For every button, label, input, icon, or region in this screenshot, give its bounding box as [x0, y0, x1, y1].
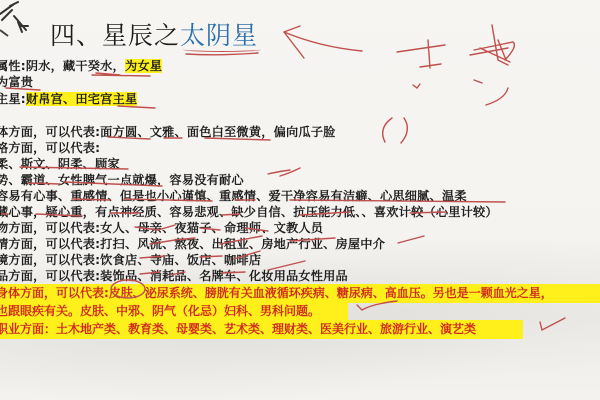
bamboo-decoration-icon	[0, 0, 40, 45]
text-line-traits-3: 容易有心事、重感情、但是也小心谨慎、重感情、爱干净容易有洁癖、心思细腻、温柔	[0, 188, 467, 204]
line-text: 属性:阴水，藏干癸水，	[0, 59, 125, 73]
highlight-band-health: 身体方面，可以代表:皮肤、泌尿系统、膀胱有关血液循环疾病、糖尿病、高血压。另也是…	[0, 284, 600, 303]
line-text: 品方面，可以代表:装饰品、消耗品、名牌车、化妆用品女性用品	[0, 269, 348, 283]
line-text: 藏心事，疑心重，有点神经质、容易悲观、缺少自信、抗压能力低、、喜欢计较（心里计较…	[0, 205, 498, 219]
text-line-traits-1: 柔、斯文、阴柔、顾家	[0, 156, 120, 172]
health-text: 身体方面，可以代表:皮肤、泌尿系统、膀胱有关血液循环疾病、糖尿病、高血压。另也是…	[0, 284, 600, 303]
text-line-traits-2: 势、霸道、女性脾气一点就爆，容易没有耐心	[0, 172, 244, 188]
title-prefix: 四、星辰之	[50, 21, 180, 50]
text-line-environment: 境方面，可以代表:饮食店、寺庙、饭店、咖啡店	[0, 252, 261, 268]
line-text: 势、霸道、女性脾气一点就爆，容易没有耐心	[0, 173, 244, 187]
text-line-objects: 品方面，可以代表:装饰品、消耗品、名牌车、化妆用品女性用品	[0, 268, 348, 284]
line-text: 为富贵	[0, 75, 33, 89]
line-text: 境方面，可以代表:饮食店、寺庙、饭店、咖啡店	[0, 253, 261, 267]
line-text: 格方面，可以代表:	[0, 141, 100, 155]
text-line-personality: 格方面，可以代表:	[0, 140, 100, 156]
text-line-traits-4: 藏心事，疑心重，有点神经质、容易悲观、缺少自信、抗压能力低、、喜欢计较（心里计较…	[0, 204, 498, 220]
text-line-affairs: 情方面，可以代表:打扫、风流、熬夜、出租业、房地产行业、房屋中介	[0, 236, 385, 252]
eye-text: 也跟眼疾有关。皮肤、中邪、阴气（化忌）妇科、男科问题。	[0, 302, 348, 321]
highlight-band-eye: 也跟眼疾有关。皮肤、中邪、阴气（化忌）妇科、男科问题。	[0, 302, 348, 321]
text-line-main-star: 主星:财帛宫、田宅宫主星	[0, 91, 137, 107]
highlight-text: 为女星	[125, 59, 162, 73]
career-text: 职业方面：土木地产类、教育类、母婴类、艺术类、理财类、医美行业、旅游行业、演艺类	[0, 320, 523, 339]
line-text: 容易有心事、重感情、但是也小心谨慎、重感情、爱干净容易有洁癖、心思细腻、温柔	[0, 189, 467, 203]
line-text: 物方面，可以代表:女人、母亲、夜猫子、命理师、文教人员	[0, 221, 323, 235]
highlight-band-career: 职业方面：土木地产类、教育类、母婴类、艺术类、理财类、医美行业、旅游行业、演艺类	[0, 320, 523, 339]
line-text: 情方面，可以代表:打扫、风流、熬夜、出租业、房地产行业、房屋中介	[0, 237, 385, 251]
text-line-people: 物方面，可以代表:女人、母亲、夜猫子、命理师、文教人员	[0, 220, 323, 236]
line-text: 柔、斯文、阴柔、顾家	[0, 157, 120, 171]
title-underline	[183, 47, 261, 52]
title-highlight: 太阴星	[180, 21, 258, 50]
line-text: 主星:	[0, 92, 26, 106]
highlight-text: 财帛宫、田宅宫主星	[26, 92, 138, 106]
text-line-wealth: 为富贵	[0, 74, 33, 90]
text-line-attribute: 属性:阴水，藏干癸水，为女星	[0, 58, 162, 74]
line-text: 体方面，可以代表:面方圆、文雅、面色白至微黄，偏向瓜子脸	[0, 125, 336, 139]
text-line-body: 体方面，可以代表:面方圆、文雅、面色白至微黄，偏向瓜子脸	[0, 124, 336, 140]
